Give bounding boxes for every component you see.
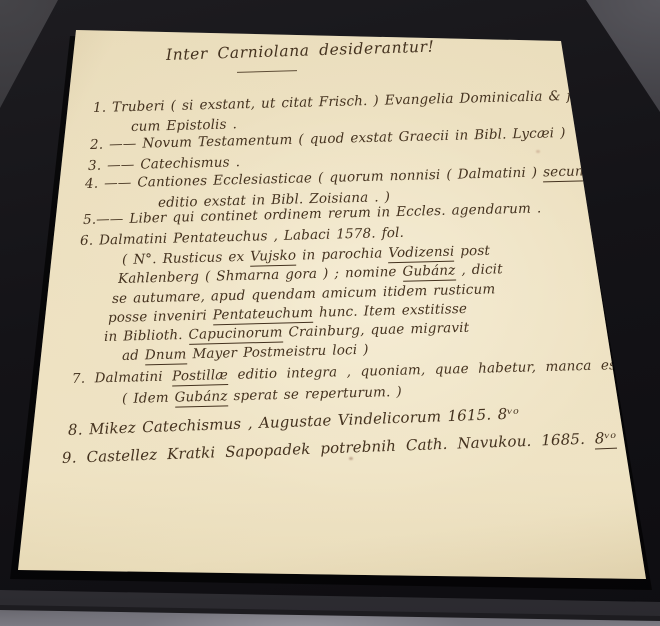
manuscript-line: ad Dnum Mayer Postmeistru loci ) — [122, 342, 369, 364]
manuscript-line: cum Epistolis . — [131, 116, 237, 135]
manuscript-title: Inter Carniolana desiderantur! — [166, 38, 435, 64]
manuscript-line: 1. Truberi ( si exstant, ut citat Frisch… — [93, 87, 597, 116]
title-underline — [237, 70, 297, 73]
manuscript-line: ( Idem Gubánz sperat se reperturum. ) — [122, 384, 402, 407]
manuscript-paper: Inter Carniolana desiderantur! 1. Truber… — [0, 0, 660, 626]
manuscript-line: 3. —— Catechismus . — [88, 154, 240, 174]
foxing-speck — [349, 457, 353, 460]
photograph-of-manuscript: Inter Carniolana desiderantur! 1. Truber… — [0, 0, 660, 626]
foxing-speck — [536, 150, 540, 153]
